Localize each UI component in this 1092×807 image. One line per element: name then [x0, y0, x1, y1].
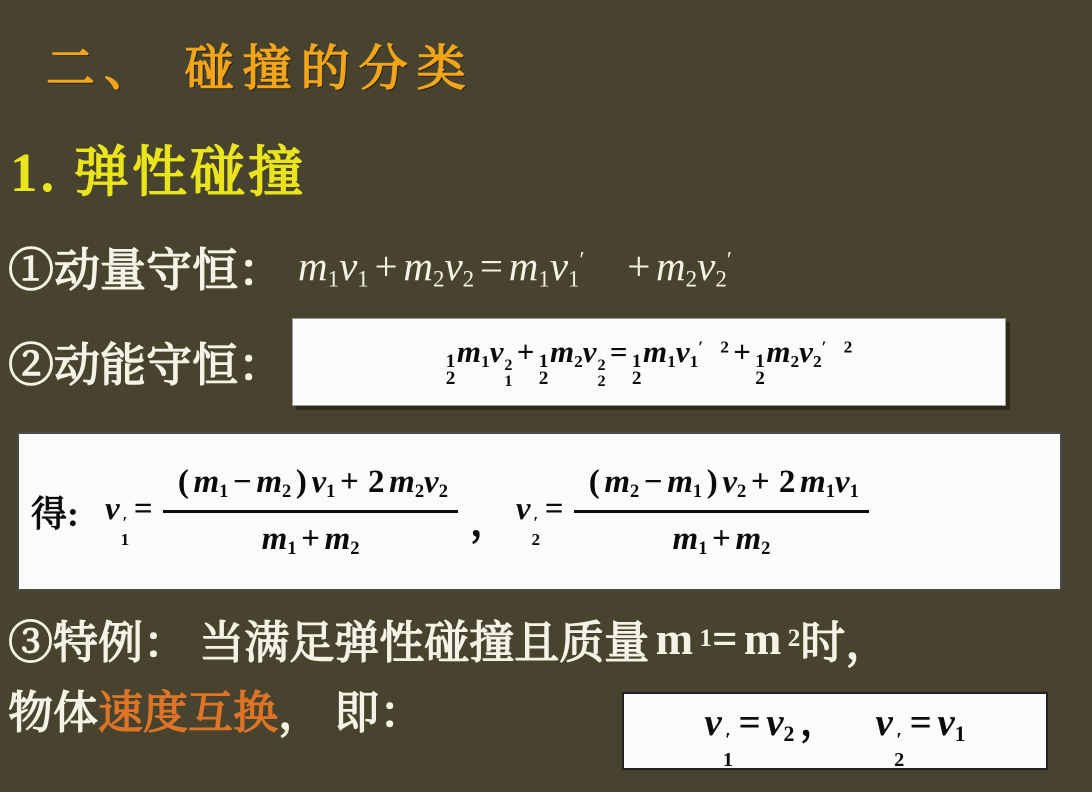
result-formula-v1: v′1=(m1−m2)v1+2m2v2m1+m2	[105, 464, 464, 558]
kinetic-energy-line: ②动能守恒： 12m1v21+12m2v22=12m1v1′2+12m2v2′2	[8, 318, 1006, 406]
momentum-formula: m1v1+m2v2=m1v1′+m2v2′	[298, 242, 732, 292]
footer-strip	[0, 792, 1092, 807]
slide-canvas: 二、 碰撞的分类 1. 弹性碰撞 ①动量守恒： m1v1+m2v2=m1v1′+…	[0, 0, 1092, 807]
velocity-swap-formula: v′1=v2，v′2=v1	[704, 691, 965, 770]
section-heading: 1. 弹性碰撞	[10, 128, 306, 207]
result-formula-v2: v′2=(m2−m1)v2+2m1v1m1+m2	[516, 464, 875, 558]
velocity-swap-box: v′1=v2，v′2=v1	[622, 692, 1048, 770]
kinetic-formula-box: 12m1v21+12m2v22=12m1v1′2+12m2v2′2	[292, 318, 1006, 406]
kinetic-label: ②动能守恒：	[8, 329, 284, 395]
kinetic-formula: 12m1v21+12m2v22=12m1v1′2+12m2v2′2	[446, 334, 853, 391]
slide-title: 二、 碰撞的分类	[46, 30, 475, 100]
momentum-conservation-line: ①动量守恒： m1v1+m2v2=m1v1′+m2v2′	[8, 234, 732, 300]
special-case-line1: ③特例： 当满足弹性碰撞且质量m1= m2时，	[8, 606, 890, 671]
result-separator: ，	[470, 490, 510, 547]
result-formula-box: 得: v′1=(m1−m2)v1+2m2v2m1+m2 ， v′2=(m2−m1…	[17, 432, 1062, 591]
result-label: 得:	[31, 486, 79, 537]
momentum-label: ①动量守恒：	[8, 234, 284, 300]
special-case-line2: 物体速度互换 ， 即：	[8, 676, 424, 741]
